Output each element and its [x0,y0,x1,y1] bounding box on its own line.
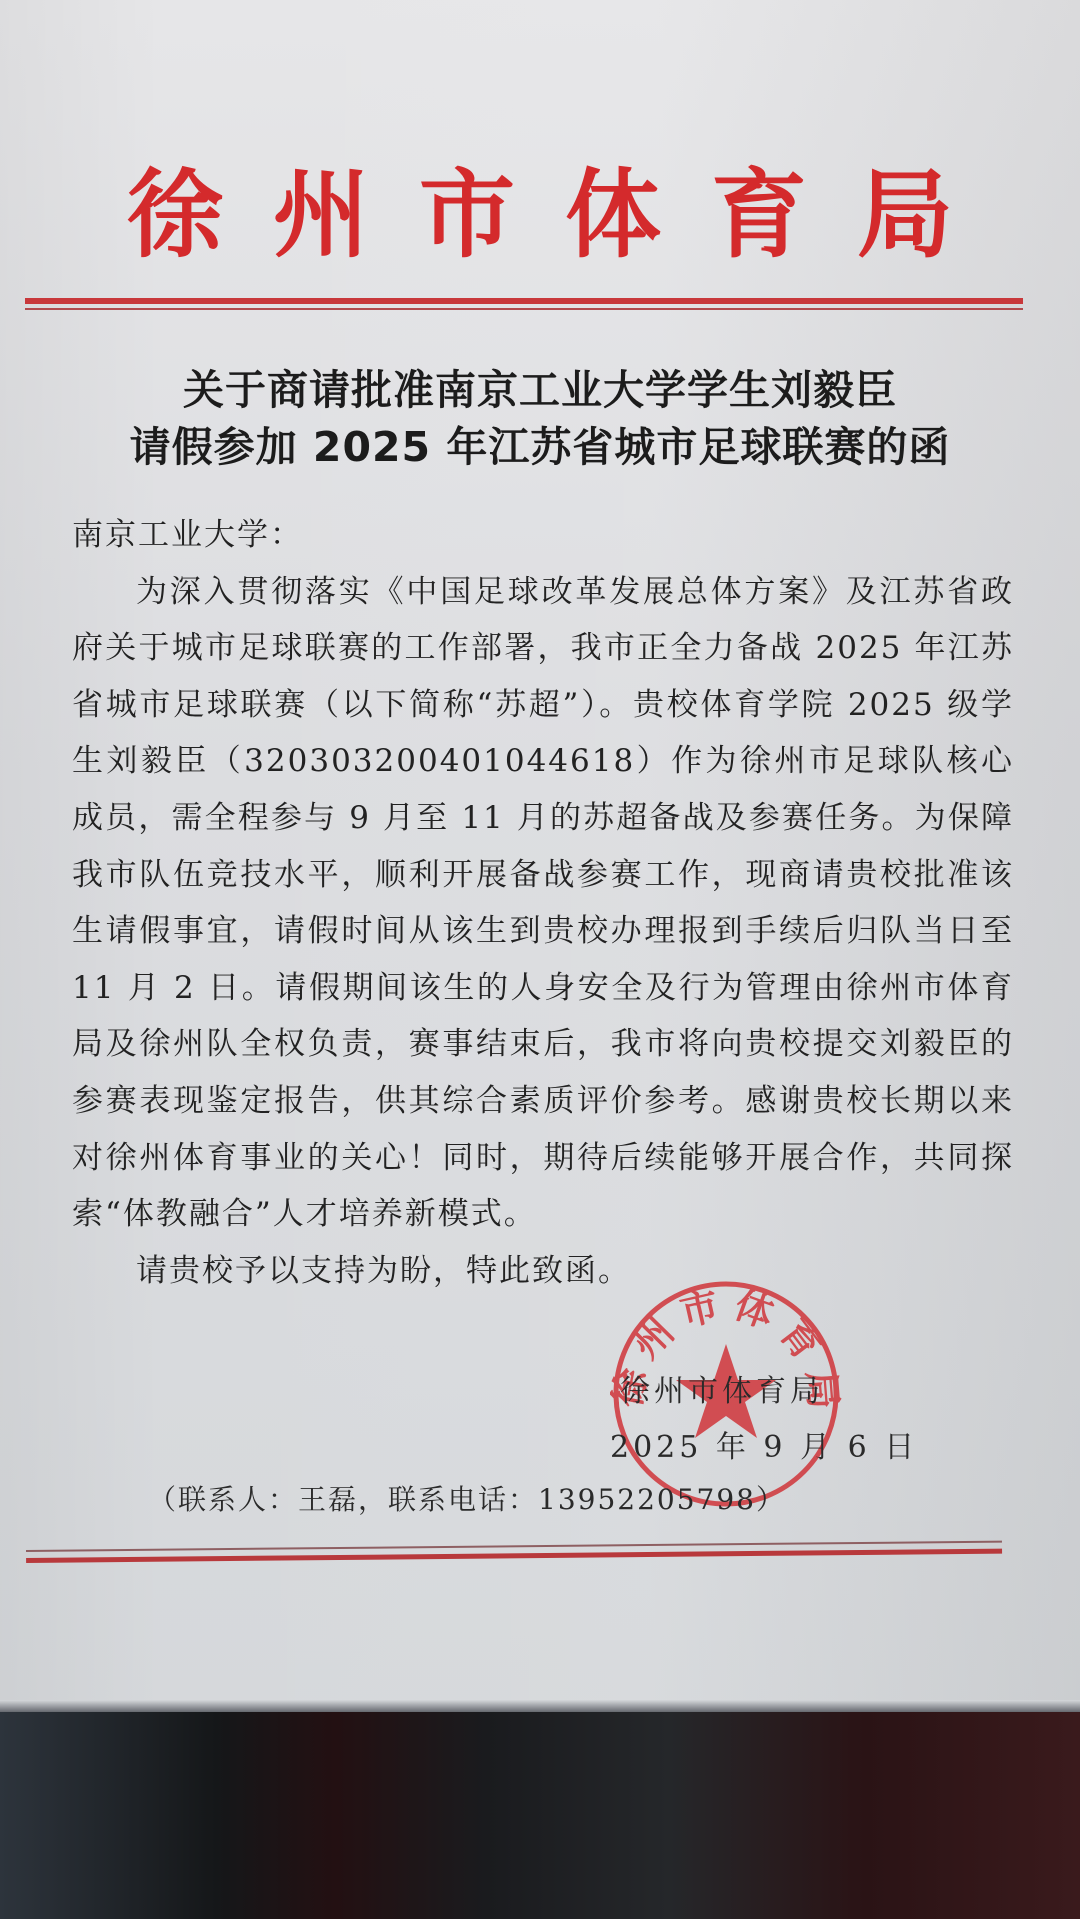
document-photo: 徐州市体育局 关于商请批准南京工业大学学生刘毅臣 请假参加 2025 年江苏省城… [0,0,1080,1919]
letterhead-masthead: 徐州市体育局 [0,150,1080,280]
title-line-2: 请假参加 2025 年江苏省城市足球联赛的函 [60,419,1020,476]
background-fabric [0,1712,1080,1919]
document-title: 关于商请批准南京工业大学学生刘毅臣 请假参加 2025 年江苏省城市足球联赛的函 [60,362,1020,476]
body-paragraph: 为深入贯彻落实《中国足球改革发展总体方案》及江苏省政府关于城市足球联赛的工作部署… [72,564,1014,1243]
rule-thick-line [26,1549,1002,1563]
title-line-1: 关于商请批准南京工业大学学生刘毅臣 [60,362,1020,419]
signature-organization: 徐州市体育局 [620,1366,824,1410]
letterhead-red-rule [25,298,1023,314]
contact-info: （联系人：王磊，联系电话：13952205798） [148,1478,786,1518]
closing-line: 请贵校予以支持为盼，特此致函。 [72,1243,1014,1300]
letter-body: 南京工业大学： 为深入贯彻落实《中国足球改革发展总体方案》及江苏省政府关于城市足… [72,507,1014,1299]
rule-thin-line [25,308,1023,310]
rule-thick-line [25,298,1023,304]
signature-date: 2025 年 9 月 6 日 [610,1422,918,1466]
salutation: 南京工业大学： [72,507,1014,564]
